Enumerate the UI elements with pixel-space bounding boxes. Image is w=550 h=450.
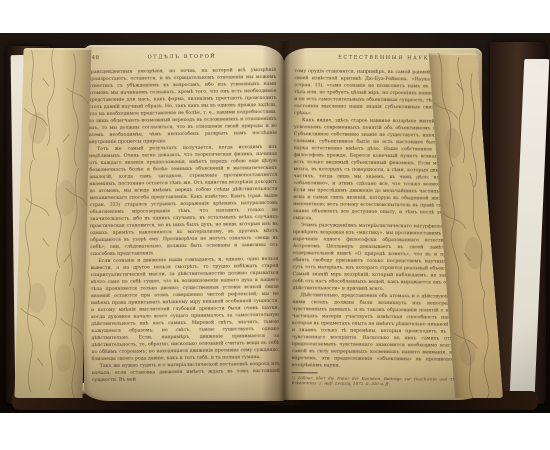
photo-vignette (0, 33, 550, 413)
photo-of-open-book: 448 ОТДѢЛЪ ВТОРОЙ трансцендентныя умозрѣ… (0, 33, 550, 413)
